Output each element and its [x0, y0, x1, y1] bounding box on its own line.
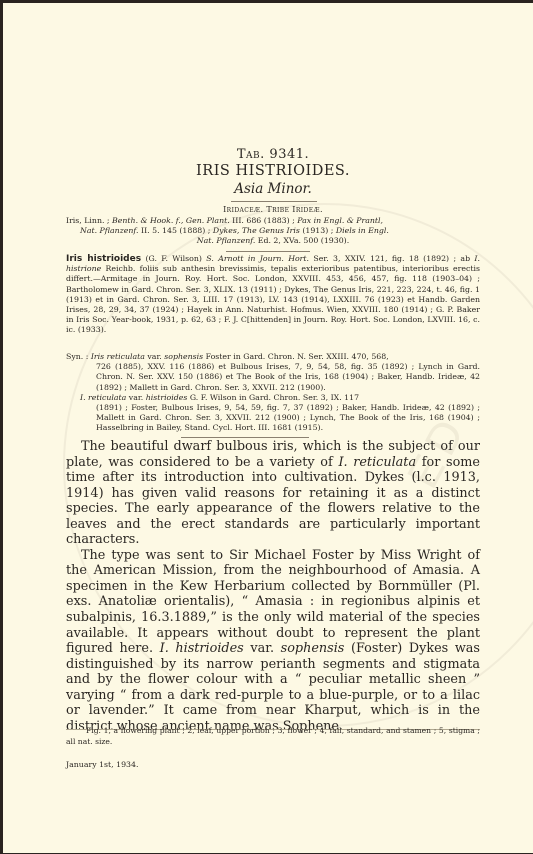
page-title: IRIS HISTRIOIDES. — [66, 163, 480, 179]
body-text: var. — [244, 641, 281, 656]
synonym-text: var. — [126, 393, 145, 402]
paragraph: The type was sent to Sir Michael Foster … — [66, 548, 480, 735]
synonym-text: Foster in Gard. Chron. N. Ser. XXIII. 47… — [203, 352, 389, 361]
synonym-refs: 726 (1885), XXV. 116 (1886) et Bulbous I… — [66, 362, 480, 393]
synonym-name: Iris reticulata — [91, 352, 145, 361]
paragraph: The beautiful dwarf bulbous iris, which … — [66, 439, 480, 548]
body-italic: I. reticulata — [338, 455, 416, 470]
body-italic: sophensis — [281, 641, 345, 656]
genus-ref: Diels in Engl. — [336, 226, 389, 235]
species-name: Iris histrioides — [66, 254, 141, 264]
genus-ref: Dykes, The Genus Iris — [213, 226, 300, 235]
species-author: (G. F. Wilson) — [141, 254, 206, 263]
genus-text: III. 686 (1883) ; — [230, 216, 298, 225]
synonym-variety: histrioides — [146, 393, 188, 402]
figure-caption: Fig. 1, a flowering plant ; 2, leaf, upp… — [66, 726, 480, 747]
publication-date: January 1st, 1934. — [66, 760, 138, 769]
genus-text: Ed. 2, XVa. 500 (1930). — [255, 236, 349, 245]
synonym-variety: sophensis — [164, 352, 203, 361]
region-subtitle: Asia Minor. — [66, 181, 480, 197]
divider — [181, 437, 309, 438]
divider — [231, 201, 317, 202]
genus-ref: Benth. & Hook. f., Gen. Plant. — [112, 216, 230, 225]
document-page: ED Tab. 9341. IRIS HISTRIOIDES. Asia Min… — [3, 3, 533, 853]
body-italic: I. histrioides — [160, 641, 244, 656]
plate-number: Tab. 9341. — [66, 147, 480, 162]
synonym-refs: (1891) ; Foster, Bulbous Irises, 9, 54, … — [80, 403, 480, 434]
divider — [226, 251, 310, 252]
description-body: The beautiful dwarf bulbous iris, which … — [66, 439, 480, 734]
synonym-text: var. — [145, 352, 164, 361]
tab-number: 9341. — [269, 147, 309, 162]
genus-text: II. 5. 145 (1888) ; — [139, 226, 213, 235]
genus-citation: Iris, Linn. ; Benth. & Hook. f., Gen. Pl… — [66, 216, 480, 246]
synonyms: Syn. : Iris reticulata var. sophensis Fo… — [66, 352, 480, 434]
synonym-text: G. F. Wilson in Gard. Chron. Ser. 3, IX.… — [187, 393, 359, 402]
genus-text: (1913) ; — [300, 226, 336, 235]
body-text: The type was sent to Sir Michael Foster … — [66, 548, 480, 656]
synonym-label: Syn. : — [66, 352, 91, 361]
species-pub: S. Arnott in Journ. Hort. — [206, 254, 309, 263]
synonym-item: I. reticulata var. histrioides G. F. Wil… — [66, 393, 480, 434]
genus-text: Iris, Linn. ; — [66, 216, 112, 225]
genus-ref: Nat. Pflanzenf. — [197, 236, 256, 245]
synonym-name: I. reticulata — [80, 393, 126, 402]
species-text: Ser. 3, XXIV. 121, fig. 18 (1892) ; ab — [309, 254, 474, 263]
family-tribe: Iridaceæ. Tribe Irideæ. — [66, 205, 480, 214]
genus-ref: Pax in Engl. & Prantl, — [297, 216, 383, 225]
tab-prefix: Tab. — [237, 147, 265, 162]
species-text: Reichb. foliis sub anthesin brevissimis,… — [66, 264, 480, 334]
synonym-item: Syn. : Iris reticulata var. sophensis Fo… — [66, 352, 480, 393]
genus-ref: Nat. Pflanzenf. — [80, 226, 139, 235]
species-citation: Iris histrioides (G. F. Wilson) S. Arnot… — [66, 254, 480, 336]
